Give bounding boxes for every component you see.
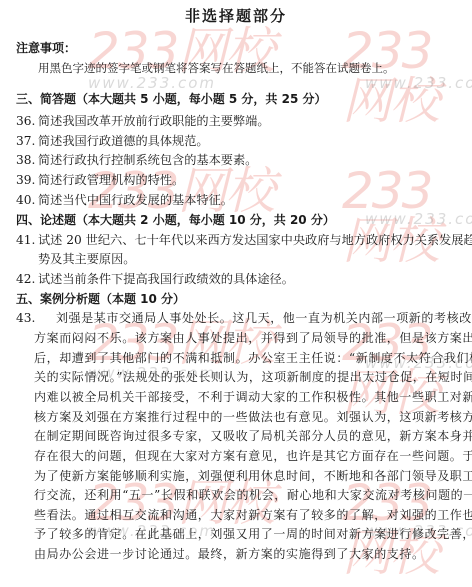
question-item: 42.试述当前条件下提高我国行政绩效的具体途径。	[16, 271, 294, 287]
notice-text: 用黑色字迹的签字笔或钢笔将答案写在答题纸上，不能答在试题卷上。	[38, 60, 395, 76]
case-number: 43.	[16, 310, 35, 326]
question-item: 38.简述行政执行控制系统包含的基本要素。	[16, 152, 257, 168]
case-text-line: 方案而闷闷不乐。该方案由人事处提出，并得到了局领导的批准，但是该方案出台	[34, 330, 472, 346]
case-text-line: 在制定期间既咨询过很多专家，又吸收了局机关部分人员的意见，新方案本身并不	[34, 428, 472, 444]
case-text-line: 存在很大的问题，但现在大家对方案有意见，也许是其它方面存在一些问题。于是，	[34, 448, 472, 464]
question-item-continuation: 势及其主要原因。	[38, 251, 136, 267]
question-item: 37.简述我国行政道德的具体规范。	[16, 133, 209, 149]
question-item: 39.简述行政管理机构的特性。	[16, 172, 184, 188]
section-heading-essay: 四、论述题（本大题共 2 小题，每小题 10 分，共 20 分）	[16, 212, 335, 228]
watermark-url: www.233.com	[365, 212, 472, 227]
case-text-line: 核方案及刘强在方案推行过程中的一些做法也有意见。刘强认为，这项新考核方案	[34, 409, 472, 425]
case-text-line: 些看法。通过相互交流和沟通，大家对新方案有了较多的了解，对刘强的工作也给	[34, 507, 472, 523]
watermark-logo: 233网校	[342, 26, 472, 126]
case-text-line: 由局办公会进一步讨论通过。最终，新方案的实施得到了大家的支持。	[34, 546, 425, 562]
question-item: 36.简述我国改革开放前行政职能的主要弊端。	[16, 113, 270, 129]
case-text-line: 刘强是某市交通局人事处处长。这几天，他一直为机关内部一项新的考核改革	[56, 310, 472, 326]
question-item: 41.试述 20 世纪六、七十年代以来西方发达国家中央政府与地方政府权力关系发展…	[16, 232, 472, 248]
watermark-url: www.233.com	[365, 76, 472, 91]
case-text-line: 予了较多的肯定。在此基础上，刘强又用了一周的时间对新方案进行修改完善，再	[34, 526, 472, 542]
case-text-line: 内难以被全局机关干部接受，不利于调动大家的工作积极性。其他一些职工对新考	[34, 389, 472, 405]
watermark-url: www.233.com	[88, 76, 216, 91]
exam-page: 233网校 233网校 www.233.com www.233.com 233网…	[0, 0, 472, 587]
page-title: 非选择题部分	[0, 5, 472, 26]
case-text-line: 行交流，还利用“五一”长假和联欢会的机会，耐心地和大家交流对考核问题的一	[34, 487, 472, 503]
watermark-logo: 233网校	[342, 166, 472, 266]
question-item: 40.简述当代中国行政发展的基本特征。	[16, 192, 233, 208]
section-heading-short-answer: 三、简答题（本大题共 5 小题，每小题 5 分，共 25 分）	[16, 91, 326, 107]
section-heading-case-analysis: 五、案例分析题（本题 10 分）	[16, 291, 185, 307]
case-text-line: 关的实际情况。”法规处的张处长则认为，这项新制度的提出太过仓促，在短时间	[34, 369, 472, 385]
case-text-line: 后，却遭到了其他部门的不满和抵制。办公室王主任说：“新制度不太符合我们机	[34, 350, 472, 366]
case-text-line: 为了使新方案能够顺利实施，刘强便利用休息时间，不断地和各部门领导及职工进	[34, 468, 472, 484]
notice-heading: 注意事项：	[16, 40, 76, 56]
